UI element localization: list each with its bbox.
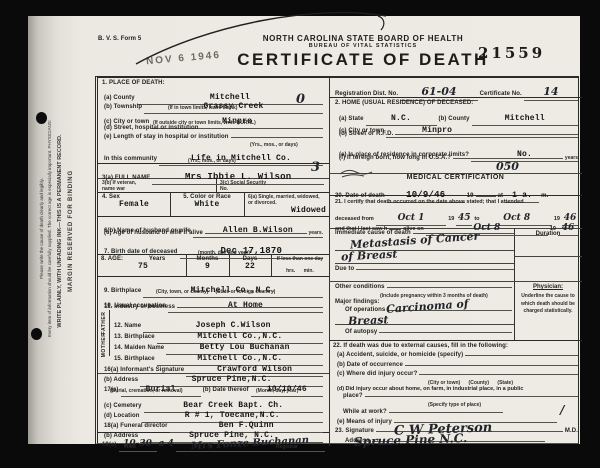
marital-value: Widowed xyxy=(248,206,326,215)
field-where: (c) Where did injury occur? xyxy=(337,371,578,377)
spouse-age-line xyxy=(205,233,307,234)
spouse-age-label: (c) Age of husband or wife if alive xyxy=(104,230,203,236)
field-work: While at work? xyxy=(343,409,503,415)
cell-sex: 4. Sex Female xyxy=(102,194,166,209)
field-home-street: (d) Street or R.F.D. xyxy=(339,131,578,137)
street-line xyxy=(201,128,324,129)
veteran-label-2: name war xyxy=(102,186,212,192)
registrar-line: Mrs Fonze Buchanan xyxy=(176,433,325,452)
age-cell-months: Months 9 xyxy=(188,256,227,271)
rule xyxy=(329,281,582,282)
scanned-death-certificate: MARGIN RESERVED FOR BINDING WRITE PLAINL… xyxy=(0,0,600,468)
pen-stroke xyxy=(128,2,398,72)
form-grid: 1. PLACE OF DEATH: (a) County Mitchell (… xyxy=(95,76,579,444)
certificate-no-line: 14 xyxy=(524,82,578,101)
field-accident: (a) Accident, suicide, or homicide (spec… xyxy=(337,352,578,358)
birthdate-label: 7. Birth date of deceased xyxy=(104,249,178,255)
community-label: In this community xyxy=(104,156,157,162)
ssn-label-2: No. xyxy=(220,186,326,192)
race-value: White xyxy=(174,200,240,209)
home-title: 2. HOME (USUAL RESIDENCE) OF DECEASED: xyxy=(335,100,473,106)
injury-place-line xyxy=(365,396,578,397)
other-conditions-line xyxy=(387,287,512,288)
field-stay: (e) Length of stay in hospital or instit… xyxy=(104,134,323,140)
certificate-no-value: 14 xyxy=(543,85,558,98)
other-conditions-label: Other conditions xyxy=(335,284,385,290)
death-year-line xyxy=(476,196,496,197)
external-causes-label: 22. If death was due to external causes,… xyxy=(333,343,508,349)
registration-dist-value: 61-04 xyxy=(421,85,456,98)
occurrence-line xyxy=(405,365,578,366)
years-value: 75 xyxy=(101,262,185,271)
burial-date-label: (b) Date thereof xyxy=(203,387,249,393)
operations-handwriting-2: Breast xyxy=(348,313,389,327)
rule xyxy=(98,216,329,217)
autopsy-label: Of autopsy xyxy=(345,329,377,335)
certify-line: 21. I certify that death occurred on the… xyxy=(335,199,524,205)
injury-place-label: place? xyxy=(343,393,363,399)
other-conditions-note: (Include pregnancy within 3 months of de… xyxy=(380,293,488,299)
field-home-foreign: (f) If foreign born, how long in U.S.A.?… xyxy=(339,155,578,161)
work-line xyxy=(389,412,503,413)
rule xyxy=(244,192,245,216)
code-handwritten-mark: 050 xyxy=(496,160,519,173)
street-label: (d) Street, hospital or institution xyxy=(104,125,199,131)
operations-handwriting-1: Carcinoma of xyxy=(386,297,469,316)
certificate-sheet: MARGIN RESERVED FOR BINDING WRITE PLAINL… xyxy=(28,16,580,444)
field-industry: 11. Industry or business xyxy=(104,304,323,310)
filed-time-value: a 4 xyxy=(159,439,174,449)
home-foreign-label: (f) If foreign born, how long in U.S.A.? xyxy=(339,155,451,161)
accident-label: (a) Accident, suicide, or homicide (spec… xyxy=(337,352,463,358)
field-autopsy: Of autopsy xyxy=(345,329,512,335)
name-handwritten-mark: 3 xyxy=(311,160,320,175)
margin-every-item-text: Every item of information should be care… xyxy=(47,36,52,421)
work-label: While at work? xyxy=(343,409,387,415)
due-to-label: Due to xyxy=(335,266,354,272)
duration-label: Duration xyxy=(516,231,580,237)
less-label: If less than one day xyxy=(273,256,327,262)
physician-note: Underline the cause to which death shoul… xyxy=(518,293,578,316)
where-label: (c) Where did injury occur? xyxy=(337,371,417,377)
margin-please-write-text: Please write the cause of death clearly … xyxy=(39,36,44,421)
autopsy-line xyxy=(379,332,512,333)
rule xyxy=(329,340,582,341)
stay-label: (e) Length of stay in hospital or instit… xyxy=(104,134,229,140)
cell-veteran: 3(b) If veteran, name war xyxy=(102,180,212,192)
where-line xyxy=(419,374,578,375)
physician-title: Physician: xyxy=(518,284,578,290)
home-foreign-line xyxy=(453,158,563,159)
field-due-to: Due to xyxy=(335,266,514,272)
age-label: 8. AGE: xyxy=(101,256,123,262)
physician-box: Physician: Underline the cause to which … xyxy=(518,284,578,316)
industry-line xyxy=(177,307,323,308)
injury-line-1: (d) Did injury occur about home, on farm… xyxy=(337,386,523,392)
margin-write-plainly-text: WRITE PLAINLY, WITH UNFADING INK—THIS IS… xyxy=(57,51,63,411)
spouse-age-note: years. xyxy=(309,230,323,236)
rule xyxy=(109,310,110,356)
home-street-line xyxy=(395,134,578,135)
margin-binding-text: MARGIN RESERVED FOR BINDING xyxy=(68,86,74,376)
age-cell-years: 8. AGE:Years 75 xyxy=(101,256,185,271)
rule xyxy=(98,276,329,277)
industry-label: 11. Industry or business xyxy=(104,304,175,310)
home-foreign-note: years xyxy=(565,155,578,161)
physician-address-handwriting: Spruce Pine N.C. xyxy=(354,431,468,449)
registration-dist-label: Registration Dist. No. xyxy=(335,91,398,97)
injury-note: (Specify type of place) xyxy=(428,402,481,408)
field-injury-place: place? xyxy=(343,393,578,399)
rule xyxy=(329,78,330,446)
md-label: M.D. xyxy=(565,428,578,434)
rule xyxy=(170,192,171,216)
cell-marital: 6(a) Single, married, widowed, or divorc… xyxy=(248,194,326,215)
city-handwritten-mark: 0 xyxy=(296,92,305,107)
registrar-note: Registrar xyxy=(276,444,298,450)
field-street: (d) Street, hospital or institution xyxy=(104,125,323,131)
home-street-label: (d) Street or R.F.D. xyxy=(339,131,393,137)
filed-note: Filed xyxy=(124,444,136,450)
operations-label: Of operations xyxy=(345,307,385,313)
occurrence-label: (b) Date of occurrence xyxy=(337,362,403,368)
field-registration: Registration Dist. No. 61-04 Certificate… xyxy=(335,82,578,101)
registration-dist-line: 61-04 xyxy=(400,82,477,101)
rule xyxy=(514,256,582,257)
work-stray-mark: / xyxy=(560,403,564,417)
field-spouse-age: (c) Age of husband or wife if alive year… xyxy=(104,230,323,236)
rule xyxy=(514,228,515,340)
days-value: 22 xyxy=(231,262,269,271)
signature-label: 23. Signature xyxy=(335,428,374,434)
age-cell-less: If less than one day hrs. min. xyxy=(273,256,327,274)
stay-line xyxy=(231,137,324,138)
filed-label: 19(a) xyxy=(102,442,117,448)
rule xyxy=(335,263,514,264)
medical-title: MEDICAL CERTIFICATION xyxy=(329,174,582,181)
major-findings-label: Major findings: xyxy=(335,299,380,305)
cell-race: 5. Color or Race White xyxy=(174,194,240,209)
community-note: (Yrs., mos., or days) xyxy=(188,158,236,164)
serial-number: 21559 xyxy=(478,44,545,62)
field-other-conditions: Other conditions xyxy=(335,284,512,290)
death-m-label: m. xyxy=(541,193,548,199)
field-occurrence: (b) Date of occurrence xyxy=(337,362,578,368)
cause-handwriting-2: of Breast xyxy=(341,248,398,264)
due-to-line xyxy=(356,269,514,270)
rule xyxy=(98,192,329,193)
means-label: (e) Means of injury xyxy=(337,419,392,425)
certificate-no-label: Certificate No. xyxy=(480,91,522,97)
sex-value: Female xyxy=(102,200,166,209)
less-note: hrs. min. xyxy=(273,268,327,274)
community-line: Life in Mitchell Co. xyxy=(159,147,323,166)
cell-ssn: 3(c) Social Security No. xyxy=(220,180,326,192)
age-cell-days: Days 22 xyxy=(231,256,269,271)
months-value: 9 xyxy=(188,262,227,271)
accident-line xyxy=(465,355,578,356)
